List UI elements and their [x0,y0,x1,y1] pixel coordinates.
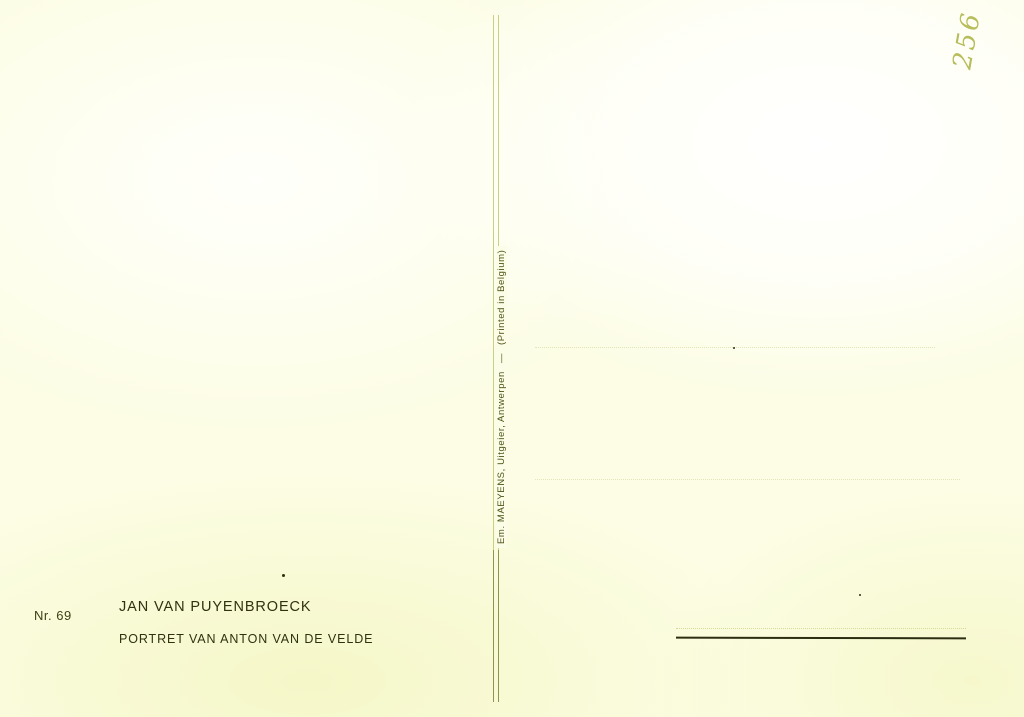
paper-speck [282,574,285,577]
address-line-3 [676,628,966,629]
publisher-imprint: Em. MAEYENS, Uitgeier, Antwerpen—(Printe… [496,246,507,548]
handwritten-number: 256 [947,9,987,72]
publisher-text: Em. MAEYENS, Uitgeier, Antwerpen [496,371,507,544]
artist-name: JAN VAN PUYENBROECK [119,599,311,615]
address-line-1 [535,347,935,348]
address-line-2 [535,479,960,480]
artwork-title: PORTRET VAN ANTON VAN DE VELDE [119,632,373,646]
paper-speck [733,347,735,349]
card-number: Nr. 69 [34,608,72,623]
center-divider-lower [493,550,499,702]
printed-in-text: (Printed in Belgium) [496,250,507,345]
imprint-separator: — [496,353,507,363]
address-line-bottom-rule [676,637,966,640]
paper-speck [859,594,861,596]
postcard-back: 256 Em. MAEYENS, Uitgeier, Antwerpen—(Pr… [0,0,1024,717]
